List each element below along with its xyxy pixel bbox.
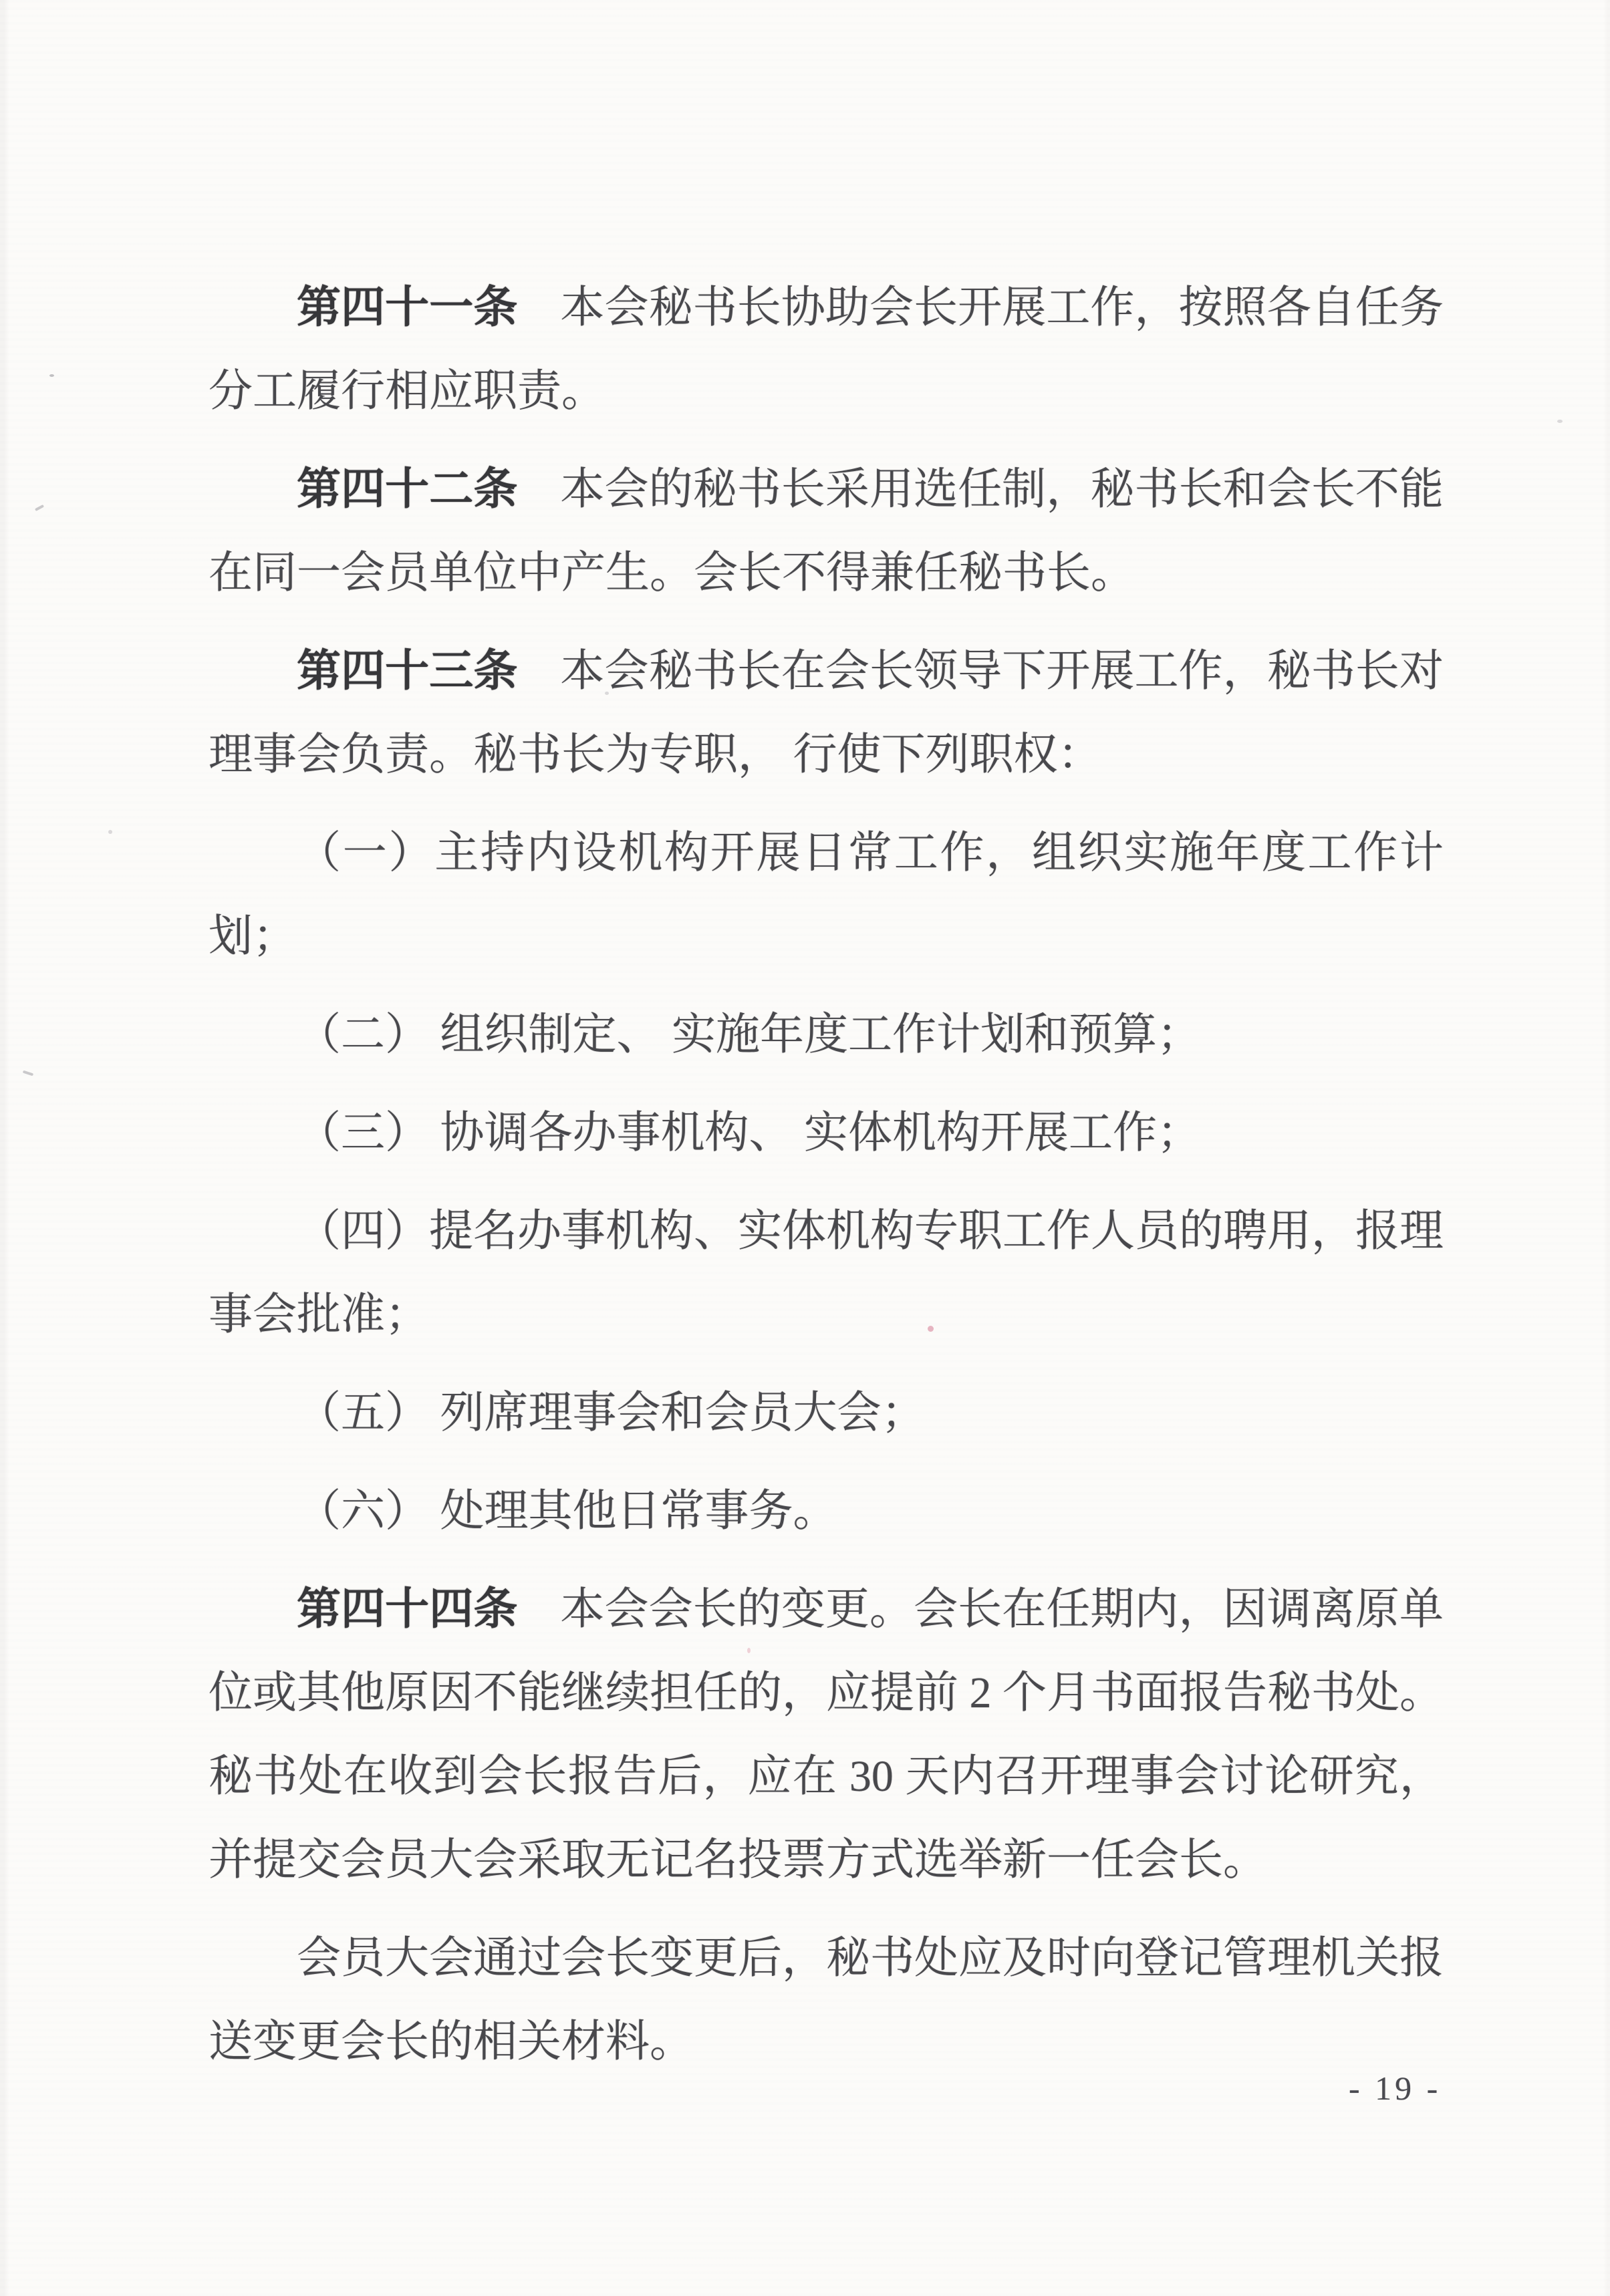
article-number: 第四十二条 [297, 465, 517, 514]
list-item-6: （六） 处理其他日常事务。 [209, 1469, 1444, 1553]
article-44-paragraph: 第四十四条本会会长的变更。会长在任期内，因调离原单位或其他原因不能继续担任的，应… [209, 1568, 1444, 1902]
article-43-paragraph: 第四十三条本会秘书长在会长领导下开展工作，秘书长对理事会负责。秘书长为专职， 行… [209, 629, 1444, 797]
article-number: 第四十三条 [297, 647, 517, 696]
list-item-2: （二） 组织制定、 实施年度工作计划和预算； [209, 993, 1444, 1077]
article-number: 第四十四条 [297, 1585, 517, 1634]
scan-speck [23, 1070, 33, 1077]
document-body: 第四十一条本会秘书长协助会长开展工作，按照各自任务分工履行相应职责。 第四十二条… [209, 266, 1444, 2098]
paragraph-text: （四）提名办事机构、实体机构专职工作人员的聘用，报理事会批准； [209, 1207, 1444, 1339]
article-42-paragraph: 第四十二条本会的秘书长采用选任制，秘书长和会长不能在同一会员单位中产生。会长不得… [209, 448, 1444, 615]
list-item-5: （五） 列席理事会和会员大会； [209, 1371, 1444, 1455]
list-item-4: （四）提名办事机构、实体机构专职工作人员的聘用，报理事会批准； [209, 1189, 1444, 1356]
list-item-1: （一）主持内设机构开展日常工作，组织实施年度工作计划； [209, 811, 1444, 978]
scan-speck [49, 374, 54, 377]
page-number: - 19 - [1349, 2069, 1441, 2108]
list-item-3: （三） 协调各办事机构、 实体机构开展工作； [209, 1091, 1444, 1175]
article-41-paragraph: 第四十一条本会秘书长协助会长开展工作，按照各自任务分工履行相应职责。 [209, 266, 1444, 433]
paragraph-text: （三） 协调各办事机构、 实体机构开展工作； [297, 1109, 1201, 1157]
paragraph-text: （一）主持内设机构开展日常工作，组织实施年度工作计划； [209, 829, 1444, 961]
paragraph-text: （六） 处理其他日常事务。 [297, 1487, 837, 1536]
scan-speck [35, 505, 44, 511]
paragraph-text: （二） 组织制定、 实施年度工作计划和预算； [297, 1010, 1201, 1059]
paragraph-text: （五） 列席理事会和会员大会； [297, 1389, 926, 1437]
closing-paragraph: 会员大会通过会长变更后，秘书处应及时向登记管理机关报送变更会长的相关材料。 [209, 1916, 1444, 2084]
scan-speck [108, 830, 112, 834]
document-page: 第四十一条本会秘书长协助会长开展工作，按照各自任务分工履行相应职责。 第四十二条… [0, 0, 1610, 2296]
article-number: 第四十一条 [297, 283, 517, 332]
scan-speck [1557, 420, 1563, 423]
paragraph-text: 会员大会通过会长变更后，秘书处应及时向登记管理机关报送变更会长的相关材料。 [209, 1934, 1444, 2066]
